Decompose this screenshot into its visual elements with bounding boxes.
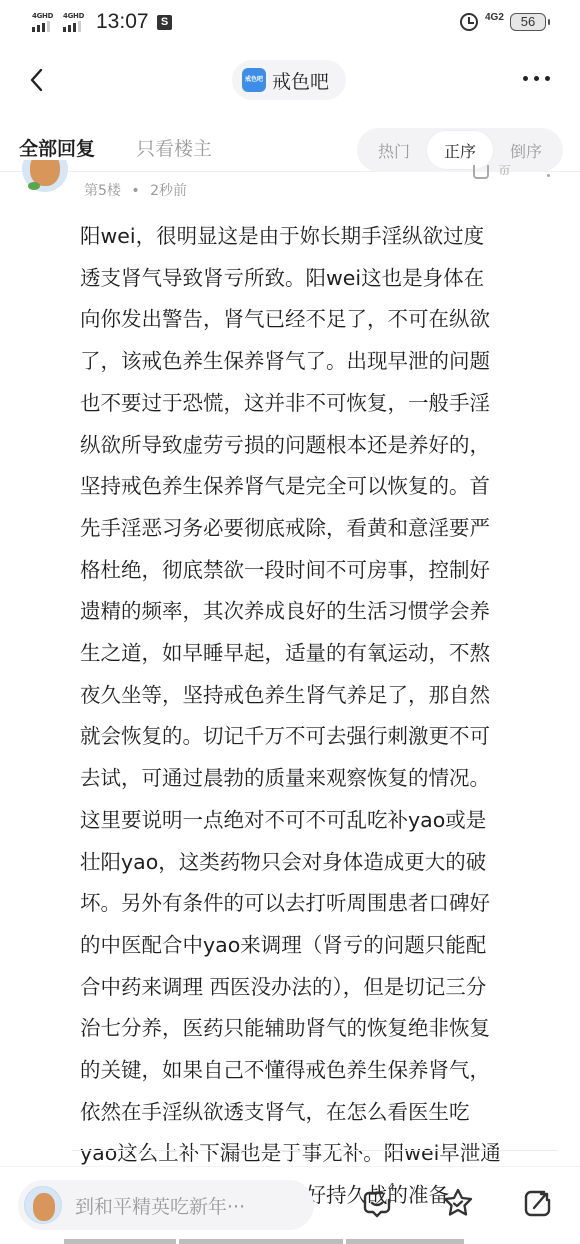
notification-icon: S	[157, 15, 172, 30]
post-line: 的关键，如果自己不懂得戒色养生保养肾气，	[80, 1050, 550, 1092]
post-content: 阳wei，很明显这是由于妳长期手淫纵欲过度 透支肾气导致肾亏所致。阳wei这也是…	[80, 216, 550, 1217]
post-line: yao这么上补下漏也是于事无补。阳wei早泄通	[80, 1133, 550, 1175]
chevron-left-icon	[24, 66, 52, 94]
battery-icon: 56	[510, 13, 546, 31]
sim1-label: 4GHD	[32, 12, 53, 20]
bottom-bar-divider	[0, 1166, 580, 1167]
favorite-button[interactable]	[441, 1186, 475, 1220]
sort-ascending[interactable]: 正序	[427, 131, 493, 169]
post-line: 坏。另外有条件的可以去打听周围患者口碑好	[80, 883, 550, 925]
share-button[interactable]	[521, 1186, 555, 1220]
alarm-clock-icon	[460, 13, 478, 31]
post-time: 2秒前	[150, 183, 187, 199]
post-line: 夜久坐等，坚持戒色养生肾气养足了，那自然	[80, 675, 550, 717]
post-line: 生之道，如早睡早起，适量的有氧运动，不熬	[80, 633, 550, 675]
page-label[interactable]: 页	[498, 161, 511, 175]
page-icon[interactable]	[473, 165, 489, 179]
share-icon	[521, 1186, 555, 1220]
sim2-label: 4GHD	[63, 12, 84, 20]
more-button[interactable]	[523, 76, 550, 81]
post-line: 就会恢复的。切记千万不可去强行刺激更不可	[80, 716, 550, 758]
post-line: 也不要过于恐慌，这并非不可恢复，一般手淫	[80, 383, 550, 425]
post-line: 先手淫恶习务必要彻底戒除，看黄和意淫要严	[80, 508, 550, 550]
tab-all-replies[interactable]: 全部回复	[19, 134, 95, 161]
back-button[interactable]	[24, 66, 52, 94]
signal-sim2-icon: 4GHD	[63, 12, 89, 32]
post-line: 这里要说明一点绝对不可不可乱吃补yao或是	[80, 800, 550, 842]
nav-gesture-bar	[179, 1239, 343, 1244]
post-line: 向你发出警告，肾气已经不足了，不可在纵欲	[80, 299, 550, 341]
post-divider	[72, 1150, 558, 1151]
status-bar: 4GHD 4GHD 13:07 S 4G2 56	[0, 0, 580, 46]
sort-toggle: 热门 正序 倒序	[357, 128, 563, 172]
top-nav: 戒色吧 戒色吧	[0, 56, 580, 106]
post-line: 治七分养，医药只能辅助肾气的恢复绝非恢复	[80, 1008, 550, 1050]
post-line: 壮阳yao，这类药物只会对身体造成更大的破	[80, 842, 550, 884]
reply-input[interactable]: 到和平精英吃新年···	[18, 1180, 314, 1230]
forum-name: 戒色吧	[272, 67, 329, 94]
post-line: 纵欲所导致虚劳亏损的问题根本还是养好的，	[80, 425, 550, 467]
post-line: 去试，可通过晨勃的质量来观察恢复的情况。	[80, 758, 550, 800]
reply-filter-bar: 全部回复 只看楼主 热门 正序 倒序	[0, 128, 580, 172]
post-line: 格杜绝，彻底禁欲一段时间不可房事，控制好	[80, 550, 550, 592]
forum-link[interactable]: 戒色吧 戒色吧	[232, 60, 346, 100]
floor-number: 第5楼	[84, 183, 121, 199]
sort-hot[interactable]: 热门	[361, 131, 427, 169]
post-line: 阳wei，很明显这是由于妳长期手淫纵欲过度	[80, 216, 550, 258]
nav-gesture-bar	[64, 1239, 176, 1244]
comment-count-badge: 4	[388, 1181, 395, 1194]
post-meta: 第5楼 • 2秒前	[84, 180, 187, 200]
post-line: 依然在手淫纵欲透支肾气，在怎么看医生吃	[80, 1092, 550, 1134]
nav-gesture-bar	[346, 1239, 464, 1244]
post-more-icon[interactable]	[547, 174, 550, 177]
forum-logo-icon: 戒色吧	[242, 68, 266, 92]
user-avatar	[24, 1186, 62, 1224]
post-line: 的中医配合中yao来调理（肾亏的问题只能配	[80, 925, 550, 967]
network-4g-icon: 4G2	[485, 12, 504, 23]
meta-separator: •	[131, 183, 139, 199]
tab-op-only[interactable]: 只看楼主	[136, 134, 212, 161]
signal-sim1-icon: 4GHD	[32, 12, 58, 32]
post-line: 透支肾气导致肾亏所致。阳wei这也是身体在	[80, 258, 550, 300]
avatar[interactable]	[18, 160, 70, 202]
star-check-icon	[441, 1186, 475, 1220]
clock: 13:07	[96, 10, 149, 34]
more-dots-icon	[523, 76, 528, 81]
post-line: 了，该戒色养生保养肾气了。出现早泄的问题	[80, 341, 550, 383]
reply-placeholder: 到和平精英吃新年···	[75, 1192, 245, 1219]
post-line: 合中药来调理 西医没办法的），但是切记三分	[80, 967, 550, 1009]
post-line: 坚持戒色养生保养肾气是完全可以恢复的。首	[80, 466, 550, 508]
post-line: 遗精的频率，其次养成良好的生活习惯学会养	[80, 591, 550, 633]
